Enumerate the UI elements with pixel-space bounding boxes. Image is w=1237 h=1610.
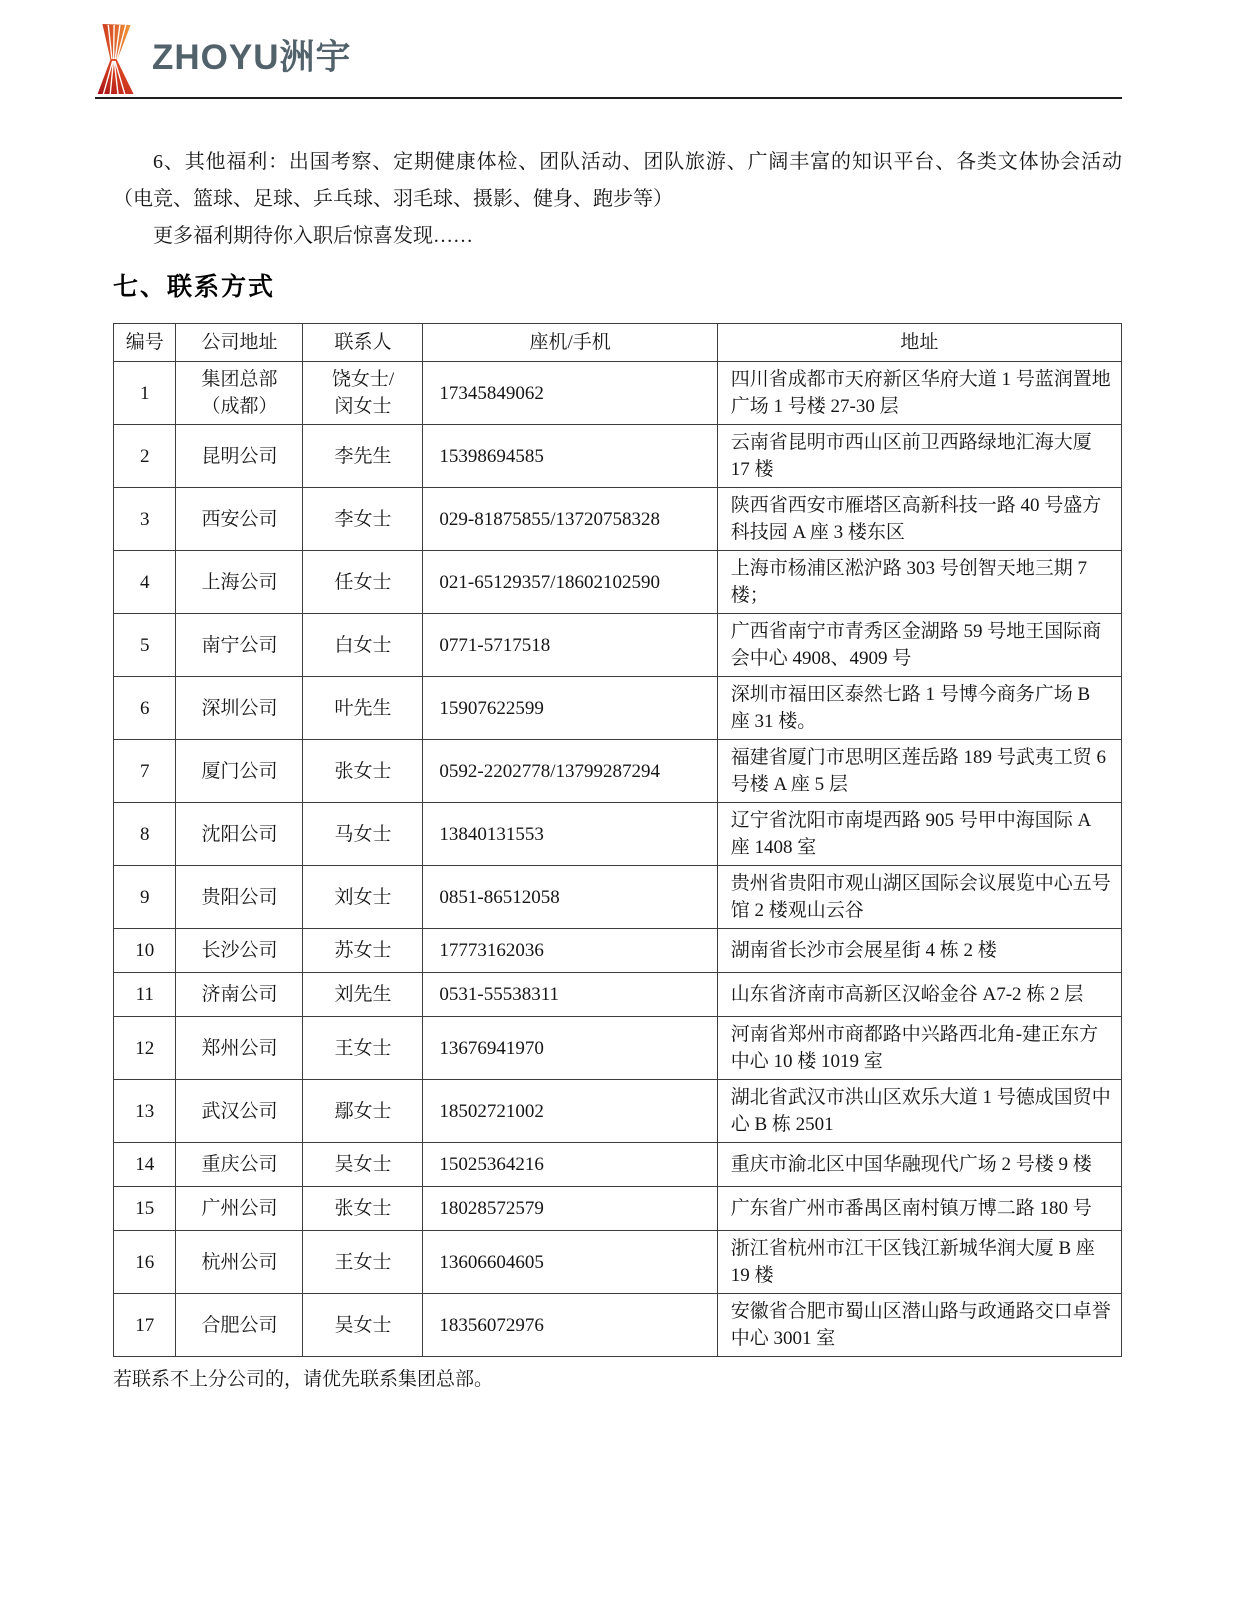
cell-address: 贵州省贵阳市观山湖区国际会议展览中心五号馆 2 楼观山云谷	[717, 866, 1121, 929]
cell-address: 深圳市福田区泰然七路 1 号博今商务广场 B 座 31 楼。	[717, 677, 1121, 740]
cell-contact: 张女士	[303, 1187, 423, 1231]
cell-company: 重庆公司	[176, 1143, 303, 1187]
cell-address: 湖南省长沙市会展星街 4 栋 2 楼	[717, 929, 1121, 973]
header-cell-number: 编号	[114, 324, 176, 362]
cell-address: 上海市杨浦区淞沪路 303 号创智天地三期 7 楼；	[717, 551, 1121, 614]
table-row: 14 重庆公司 吴女士 15025364216 重庆市渝北区中国华融现代广场 2…	[114, 1143, 1122, 1187]
cell-address: 浙江省杭州市江干区钱江新城华润大厦 B 座 19 楼	[717, 1231, 1121, 1294]
table-row: 1 集团总部 （成都） 饶女士/ 闵女士 17345849062 四川省成都市天…	[114, 362, 1122, 425]
cell-company: 贵阳公司	[176, 866, 303, 929]
cell-phone: 13606604605	[423, 1231, 717, 1294]
table-row: 16 杭州公司 王女士 13606604605 浙江省杭州市江干区钱江新城华润大…	[114, 1231, 1122, 1294]
header-divider	[95, 97, 1122, 99]
cell-company: 合肥公司	[176, 1294, 303, 1357]
cell-company: 集团总部 （成都）	[176, 362, 303, 425]
footer-note: 若联系不上分公司的，请优先联系集团总部。	[113, 1365, 1122, 1395]
cell-phone: 13840131553	[423, 803, 717, 866]
header-row: 编号 公司地址 联系人 座机/手机 地址	[114, 324, 1122, 362]
table-row: 12 郑州公司 王女士 13676941970 河南省郑州市商都路中兴路西北角-…	[114, 1017, 1122, 1080]
cell-company: 南宁公司	[176, 614, 303, 677]
cell-address: 广西省南宁市青秀区金湖路 59 号地王国际商会中心 4908、4909 号	[717, 614, 1121, 677]
cell-company: 厦门公司	[176, 740, 303, 803]
cell-address: 重庆市渝北区中国华融现代广场 2 号楼 9 楼	[717, 1143, 1121, 1187]
cell-contact: 饶女士/ 闵女士	[303, 362, 423, 425]
table-row: 5 南宁公司 白女士 0771-5717518 广西省南宁市青秀区金湖路 59 …	[114, 614, 1122, 677]
cell-number: 16	[114, 1231, 176, 1294]
cell-contact: 李先生	[303, 425, 423, 488]
cell-phone: 17345849062	[423, 362, 717, 425]
table-row: 6 深圳公司 叶先生 15907622599 深圳市福田区泰然七路 1 号博今商…	[114, 677, 1122, 740]
cell-contact: 刘女士	[303, 866, 423, 929]
cell-company: 深圳公司	[176, 677, 303, 740]
cell-phone: 18502721002	[423, 1080, 717, 1143]
cell-number: 8	[114, 803, 176, 866]
cell-address: 山东省济南市高新区汉峪金谷 A7-2 栋 2 层	[717, 973, 1121, 1017]
cell-number: 12	[114, 1017, 176, 1080]
cell-address: 湖北省武汉市洪山区欢乐大道 1 号德成国贸中心 B 栋 2501	[717, 1080, 1121, 1143]
cell-contact: 白女士	[303, 614, 423, 677]
table-row: 15 广州公司 张女士 18028572579 广东省广州市番禺区南村镇万博二路…	[114, 1187, 1122, 1231]
table-row: 13 武汉公司 鄢女士 18502721002 湖北省武汉市洪山区欢乐大道 1 …	[114, 1080, 1122, 1143]
table-row: 17 合肥公司 吴女士 18356072976 安徽省合肥市蜀山区潜山路与政通路…	[114, 1294, 1122, 1357]
cell-number: 1	[114, 362, 176, 425]
cell-company: 昆明公司	[176, 425, 303, 488]
table-row: 4 上海公司 任女士 021-65129357/18602102590 上海市杨…	[114, 551, 1122, 614]
cell-contact: 马女士	[303, 803, 423, 866]
brand-logo-text: ZHOYU洲宇	[152, 40, 352, 81]
cell-contact: 鄢女士	[303, 1080, 423, 1143]
cell-contact: 王女士	[303, 1231, 423, 1294]
cell-number: 9	[114, 866, 176, 929]
header-cell-contact: 联系人	[303, 324, 423, 362]
cell-company: 郑州公司	[176, 1017, 303, 1080]
cell-contact: 吴女士	[303, 1294, 423, 1357]
cell-phone: 17773162036	[423, 929, 717, 973]
cell-address: 辽宁省沈阳市南堤西路 905 号甲中海国际 A 座 1408 室	[717, 803, 1121, 866]
cell-phone: 0771-5717518	[423, 614, 717, 677]
brand-logo: ZHOYU洲宇	[95, 24, 1122, 96]
cell-contact: 王女士	[303, 1017, 423, 1080]
cell-contact: 李女士	[303, 488, 423, 551]
cell-company: 长沙公司	[176, 929, 303, 973]
cell-phone: 15025364216	[423, 1143, 717, 1187]
cell-number: 11	[114, 973, 176, 1017]
cell-address: 河南省郑州市商都路中兴路西北角-建正东方中心 10 楼 1019 室	[717, 1017, 1121, 1080]
header-cell-company: 公司地址	[176, 324, 303, 362]
cell-contact: 张女士	[303, 740, 423, 803]
cell-address: 陕西省西安市雁塔区高新科技一路 40 号盛方科技园 A 座 3 楼东区	[717, 488, 1121, 551]
contact-table: 编号 公司地址 联系人 座机/手机 地址 1 集团总部 （成都） 饶女士/ 闵女…	[113, 323, 1122, 1357]
cell-number: 14	[114, 1143, 176, 1187]
header-cell-address: 地址	[717, 324, 1121, 362]
cell-phone: 15907622599	[423, 677, 717, 740]
cell-address: 安徽省合肥市蜀山区潜山路与政通路交口卓誉中心 3001 室	[717, 1294, 1121, 1357]
cell-number: 6	[114, 677, 176, 740]
cell-number: 7	[114, 740, 176, 803]
cell-number: 5	[114, 614, 176, 677]
cell-number: 10	[114, 929, 176, 973]
cell-company: 上海公司	[176, 551, 303, 614]
cell-address: 福建省厦门市思明区莲岳路 189 号武夷工贸 6 号楼 A 座 5 层	[717, 740, 1121, 803]
cell-company: 西安公司	[176, 488, 303, 551]
table-row: 2 昆明公司 李先生 15398694585 云南省昆明市西山区前卫西路绿地汇海…	[114, 425, 1122, 488]
cell-company: 沈阳公司	[176, 803, 303, 866]
fan-logo-icon	[95, 24, 141, 96]
table-row: 3 西安公司 李女士 029-81875855/13720758328 陕西省西…	[114, 488, 1122, 551]
cell-company: 武汉公司	[176, 1080, 303, 1143]
section-title: 七、联系方式	[113, 267, 1122, 303]
cell-address: 广东省广州市番禺区南村镇万博二路 180 号	[717, 1187, 1121, 1231]
page-header: ZHOYU洲宇	[95, 24, 1122, 99]
header-cell-phone: 座机/手机	[423, 324, 717, 362]
cell-phone: 18028572579	[423, 1187, 717, 1231]
cell-number: 2	[114, 425, 176, 488]
cell-phone: 029-81875855/13720758328	[423, 488, 717, 551]
cell-company: 广州公司	[176, 1187, 303, 1231]
cell-company: 济南公司	[176, 973, 303, 1017]
table-row: 11 济南公司 刘先生 0531-55538311 山东省济南市高新区汉峪金谷 …	[114, 973, 1122, 1017]
cell-contact: 叶先生	[303, 677, 423, 740]
table-row: 9 贵阳公司 刘女士 0851-86512058 贵州省贵阳市观山湖区国际会议展…	[114, 866, 1122, 929]
cell-phone: 0592-2202778/13799287294	[423, 740, 717, 803]
contact-table-body: 1 集团总部 （成都） 饶女士/ 闵女士 17345849062 四川省成都市天…	[114, 362, 1122, 1357]
cell-company: 杭州公司	[176, 1231, 303, 1294]
contact-table-header: 编号 公司地址 联系人 座机/手机 地址	[114, 324, 1122, 362]
cell-phone: 13676941970	[423, 1017, 717, 1080]
document-body: 6、其他福利：出国考察、定期健康体检、团队活动、团队旅游、广阔丰富的知识平台、各…	[113, 144, 1122, 1395]
cell-contact: 任女士	[303, 551, 423, 614]
cell-phone: 0531-55538311	[423, 973, 717, 1017]
cell-phone: 0851-86512058	[423, 866, 717, 929]
cell-number: 3	[114, 488, 176, 551]
cell-number: 17	[114, 1294, 176, 1357]
cell-phone: 021-65129357/18602102590	[423, 551, 717, 614]
document-page: ZHOYU洲宇 6、其他福利：出国考察、定期健康体检、团队活动、团队旅游、广阔丰…	[0, 0, 1237, 1610]
cell-contact: 刘先生	[303, 973, 423, 1017]
cell-contact: 苏女士	[303, 929, 423, 973]
cell-address: 云南省昆明市西山区前卫西路绿地汇海大厦 17 楼	[717, 425, 1121, 488]
more-benefits-line: 更多福利期待你入职后惊喜发现……	[113, 218, 1122, 255]
benefits-paragraph: 6、其他福利：出国考察、定期健康体检、团队活动、团队旅游、广阔丰富的知识平台、各…	[113, 144, 1122, 218]
table-row: 10 长沙公司 苏女士 17773162036 湖南省长沙市会展星街 4 栋 2…	[114, 929, 1122, 973]
table-row: 7 厦门公司 张女士 0592-2202778/13799287294 福建省厦…	[114, 740, 1122, 803]
cell-phone: 15398694585	[423, 425, 717, 488]
cell-number: 15	[114, 1187, 176, 1231]
cell-number: 13	[114, 1080, 176, 1143]
table-row: 8 沈阳公司 马女士 13840131553 辽宁省沈阳市南堤西路 905 号甲…	[114, 803, 1122, 866]
cell-address: 四川省成都市天府新区华府大道 1 号蓝润置地广场 1 号楼 27-30 层	[717, 362, 1121, 425]
cell-contact: 吴女士	[303, 1143, 423, 1187]
cell-phone: 18356072976	[423, 1294, 717, 1357]
cell-number: 4	[114, 551, 176, 614]
